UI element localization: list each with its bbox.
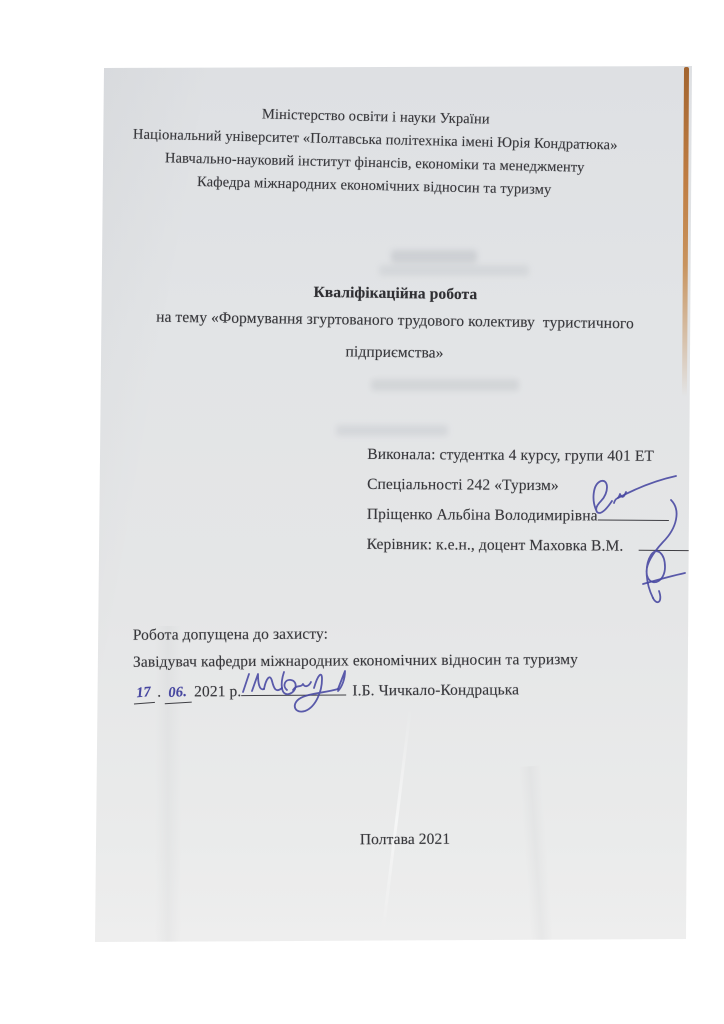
department-head-line: Завідувач кафедри міжнародних економічни… bbox=[133, 649, 703, 672]
student-name: Пріщенко Альбіна Володимирівна bbox=[367, 506, 598, 525]
bleed-smudge bbox=[371, 379, 519, 391]
document-page: Міністерство освіти і науки України Наці… bbox=[95, 66, 693, 942]
footer-block: Полтава 2021 bbox=[106, 829, 704, 850]
bleed-smudge bbox=[391, 250, 477, 263]
approval-block: Робота допущена до захисту: Завідувач ка… bbox=[133, 622, 703, 703]
head-signature-ink bbox=[235, 664, 360, 716]
date-day-handwritten: 17 bbox=[132, 682, 155, 705]
photo-background: Міністерство освіти і науки України Наці… bbox=[0, 0, 724, 1024]
performed-by-line: Виконала: студентка 4 курсу, групи 401 Е… bbox=[367, 440, 697, 472]
bleed-smudge bbox=[379, 265, 529, 276]
supervisor-name: Керівник: к.е.н., доцент Маховка В.М. bbox=[367, 536, 624, 555]
date-separator: . bbox=[157, 683, 161, 703]
paper-crease bbox=[381, 707, 412, 936]
approver-name: І.Б. Чичкало-Кондрацька bbox=[352, 680, 519, 701]
supervisor-signature-ink bbox=[615, 494, 693, 612]
header-block: Міністерство освіти і науки України Наці… bbox=[75, 99, 675, 205]
thesis-theme-line-2: підприємства» bbox=[95, 339, 693, 367]
paper-crease bbox=[519, 765, 553, 941]
admission-line: Робота допущена до захисту: bbox=[133, 622, 703, 645]
date-month-handwritten: 06. bbox=[164, 682, 192, 705]
work-type-title: Кваліфікаційна робота bbox=[96, 280, 694, 308]
title-block: Кваліфікаційна робота на тему «Формуванн… bbox=[95, 280, 694, 367]
date-signature-row: 17 . 06. 2021 р. І.Б. Чичкало-Кондрацька bbox=[133, 679, 703, 703]
city-year-line: Полтава 2021 bbox=[360, 831, 450, 848]
bleed-smudge bbox=[336, 425, 448, 436]
thesis-theme-line-1: на тему «Формування згуртованого трудово… bbox=[96, 307, 694, 335]
